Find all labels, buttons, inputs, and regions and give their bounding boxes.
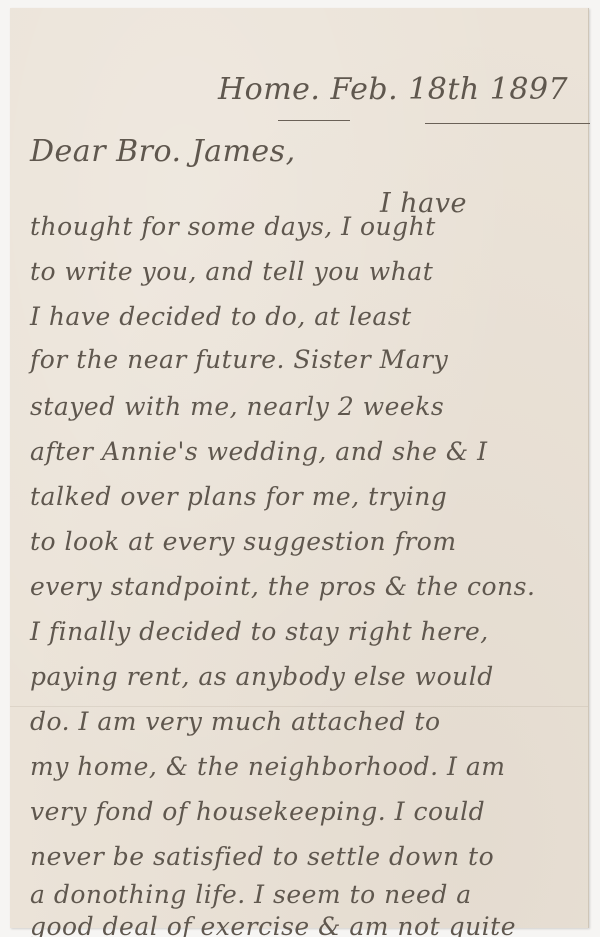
letter-line: paying rent, as anybody else would: [30, 662, 494, 691]
letter-line: after Annie's wedding, and she & I: [30, 437, 488, 466]
letter-line: good deal of exercise & am not quite: [30, 912, 516, 937]
letter-line: very fond of housekeeping. I could: [30, 797, 485, 826]
letter-line: I finally decided to stay right here,: [30, 617, 489, 646]
letter-line: do. I am very much attached to: [30, 707, 441, 736]
letter-line: to look at every suggestion from: [30, 527, 457, 556]
dateline-underline-left: [278, 120, 350, 121]
letter-line: for the near future. Sister Mary: [30, 345, 448, 374]
letter-line: never be satisfied to settle down to: [30, 842, 494, 871]
letter-line: talked over plans for me, trying: [30, 482, 447, 511]
letter-line: stayed with me, nearly 2 weeks: [30, 392, 444, 421]
letter-line: my home, & the neighborhood. I am: [30, 752, 505, 781]
letter-greeting: Dear Bro. James,: [30, 134, 296, 169]
letter-line: to write you, and tell you what: [30, 257, 433, 286]
letter-line: every standpoint, the pros & the cons.: [30, 572, 535, 601]
letter-line: a donothing life. I seem to need a: [30, 880, 472, 909]
letter-dateline: Home. Feb. 18th 1897: [218, 72, 568, 107]
dateline-underline-right: [425, 123, 590, 124]
letter-line: thought for some days, I ought: [30, 212, 436, 241]
letter-line: I have decided to do, at least: [30, 302, 412, 331]
